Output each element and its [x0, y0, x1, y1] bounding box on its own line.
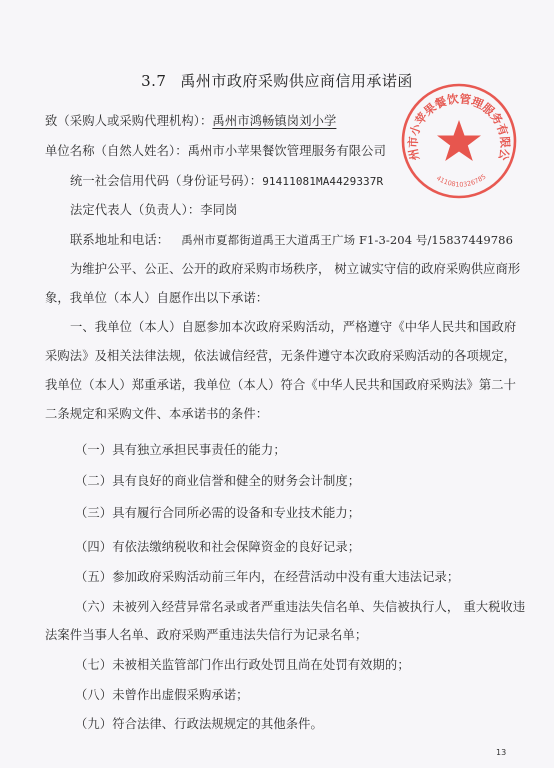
clause-one-line-1: 一、我单位（本人）自愿参加本次政府采购活动，严格遵守《中华人民共和国政府 — [70, 317, 516, 335]
clause-one-line-3: 我单位（本人）郑重承诺，我单位（本人）符合《中华人民共和国政府采购法》第二十 — [45, 375, 516, 393]
recipient-label: 致（采购人或采购代理机构）： — [45, 114, 212, 128]
intro-line-2: 象，我单位（本人）自愿作出以下承诺： — [45, 288, 268, 306]
contact-line: 联系地址和电话： 禹州市夏都街道禹王大道禹王广场 F1-3-204 号/1583… — [70, 230, 513, 248]
condition-item: （六）未被列入经营异常名录或者严重违法失信名单、失信被执行人， 重大税收违 — [75, 597, 525, 615]
condition-item: （四）有依法缴纳税收和社会保障资金的良好记录； — [75, 537, 360, 555]
company-seal-stamp: 禹州市小苹果餐饮管理服务有限公司 4110810326785 — [400, 82, 518, 200]
clause-one-line-4: 二条规定和采购文件、本承诺书的条件： — [45, 404, 268, 422]
contact-value: 禹州市夏都街道禹王大道禹王广场 F1-3-204 号/15837449786 — [181, 233, 513, 247]
condition-item: （八）未曾作出虚假采购承诺； — [75, 685, 249, 703]
condition-item: （三）具有履行合同所必需的设备和专业技术能力； — [75, 503, 360, 521]
condition-item: （二）具有良好的商业信誉和健全的财务会计制度； — [75, 471, 360, 489]
recipient-value: 禹州市鸿畅镇岗刘小学 — [212, 114, 336, 128]
seal-icon: 禹州市小苹果餐饮管理服务有限公司 4110810326785 — [400, 82, 518, 200]
credit-code-line: 统一社会信用代码（身份证号码）：91411081MA4429337R — [70, 171, 383, 189]
intro-line-1: 为维护公平、公正、公开的政府采购市场秩序， 树立诚实守信的政府采购供应商形 — [70, 259, 520, 277]
page-number: 13 — [496, 748, 506, 757]
credit-code-label: 统一社会信用代码（身份证号码）： — [70, 174, 262, 188]
svg-text:4110810326785: 4110810326785 — [435, 173, 488, 189]
unit-name-line: 单位名称（自然人姓名）：禹州市小苹果餐饮管理服务有限公司 — [45, 141, 386, 159]
condition-item: （七）未被相关监管部门作出行政处罚且尚在处罚有效期的； — [75, 655, 410, 673]
legal-rep-label: 法定代表人（负责人）： — [70, 203, 200, 217]
title-text: 禹州市政府采购供应商信用承诺函 — [180, 72, 413, 90]
condition-item-continuation: 法案件当事人名单、政府采购严重违法失信行为记录名单； — [45, 625, 367, 643]
credit-code-value: 91411081MA4429337R — [262, 175, 383, 188]
legal-rep-line: 法定代表人（负责人）：李同岗 — [70, 200, 237, 218]
legal-rep-value: 李同岗 — [200, 203, 237, 217]
contact-label: 联系地址和电话： — [70, 233, 169, 247]
condition-item: （九）符合法律、行政法规规定的其他条件。 — [75, 714, 323, 732]
condition-item: （五）参加政府采购活动前三年内，在经营活动中没有重大违法记录； — [75, 567, 459, 585]
condition-item: （一）具有独立承担民事责任的能力； — [75, 440, 286, 458]
unit-name-label: 单位名称（自然人姓名）： — [45, 144, 188, 158]
title-number: 3.7 — [141, 72, 166, 90]
document-page: 3.7禹州市政府采购供应商信用承诺函 致（采购人或采购代理机构）：禹州市鸿畅镇岗… — [0, 0, 554, 768]
clause-one-line-2: 采购法》及相关法律法规，依法诚信经营，无条件遵守本次政府采购活动的各项规定， — [45, 346, 516, 364]
unit-name-value: 禹州市小苹果餐饮管理服务有限公司 — [188, 144, 386, 158]
recipient-line: 致（采购人或采购代理机构）：禹州市鸿畅镇岗刘小学 — [45, 111, 336, 129]
